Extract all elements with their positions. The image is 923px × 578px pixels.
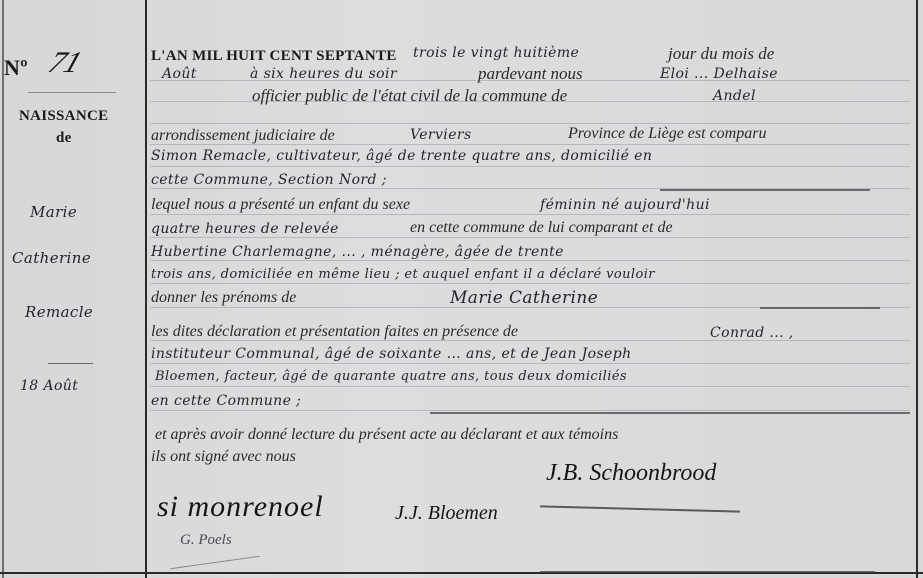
register-page: Nº 71 NAISSANCE de Marie Catherine Remac… [0, 0, 923, 578]
rule-line [150, 123, 910, 124]
margin-child-name-1: Marie [30, 203, 77, 221]
declarant-details: Simon Remacle, cultivateur, âgé de trent… [151, 148, 652, 164]
fill-line [760, 307, 880, 309]
witness-1-details: instituteur Communal, âgé de soixante ..… [151, 346, 632, 362]
year-preamble: L'AN MIL HUIT CENT SEPTANTE [151, 48, 397, 65]
given-names-value: Marie Catherine [450, 288, 598, 308]
rule-line [150, 283, 910, 284]
birth-time: quatre heures de relevée [151, 221, 339, 237]
rule-line [150, 237, 910, 238]
province-label: Province de Liège est comparu [568, 125, 766, 143]
witness-1-name: Conrad ... , [710, 325, 794, 341]
month-label: jour du mois de [668, 44, 774, 64]
margin-date: 18 Août [20, 378, 78, 394]
margin-dash [48, 363, 93, 364]
number-label: Nº [4, 55, 28, 81]
witness-2-signature: G. Poels [180, 532, 232, 549]
arrondissement-value: Verviers [410, 127, 472, 143]
rule-line [150, 166, 910, 167]
fill-line [28, 92, 116, 93]
mother-details: Hubertine Charlemagne, ... , ménagère, â… [151, 244, 564, 260]
month-value: Août [162, 66, 197, 82]
section-de: de [56, 130, 72, 147]
fill-line [540, 571, 875, 573]
section-title: NAISSANCE [19, 108, 108, 125]
commune-value: Andel [713, 88, 756, 104]
right-border [916, 0, 918, 578]
margin-divider [145, 0, 147, 578]
fill-line [660, 189, 870, 191]
time-value: à six heures du soir [250, 66, 397, 82]
witness-2-details: Bloemen, facteur, âgé de quarante quatre… [155, 369, 627, 384]
margin-child-name-2: Catherine [12, 249, 91, 267]
officer-signature: J.B. Schoonbrood [546, 460, 716, 487]
year-day: trois le vingt huitième [413, 45, 579, 61]
rule-line [150, 214, 910, 215]
witness-2-flourish [170, 556, 259, 570]
officer-label: officier public de l'état civil de la co… [252, 86, 567, 106]
declarant-signature: si monrenoel [157, 490, 324, 524]
commune-birth-label: en cette commune de lui comparant et de [410, 219, 673, 237]
reading-clause: et après avoir donné lecture du présent … [155, 426, 618, 444]
pardevant-label: pardevant nous [478, 64, 583, 84]
entry-number: 71 [44, 46, 86, 80]
presentation-label: lequel nous a présenté un enfant du sexe [151, 196, 410, 214]
rule-line [150, 386, 910, 387]
given-names-label: donner les prénoms de [151, 289, 296, 307]
rule-line [150, 260, 910, 261]
witness-1-signature: J.J. Bloemen [395, 502, 498, 525]
fill-line [430, 412, 910, 414]
rule-line [150, 363, 910, 364]
sex-and-birth: féminin né aujourd'hui [540, 197, 710, 213]
rule-line [150, 410, 910, 411]
officer-name: Eloi ... Delhaise [660, 66, 778, 82]
witnesses-residence: en cette Commune ; [151, 393, 301, 409]
mother-residence: trois ans, domiciliée en même lieu ; et … [151, 267, 655, 282]
left-border [2, 0, 4, 578]
witness-presence-label: les dites déclaration et présentation fa… [151, 323, 518, 341]
arrondissement-label: arrondissement judiciaire de [151, 127, 335, 145]
declarant-residence: cette Commune, Section Nord ; [151, 172, 387, 188]
signed-clause: ils ont signé avec nous [151, 448, 296, 466]
officer-flourish [540, 505, 740, 512]
margin-child-surname: Remacle [25, 303, 93, 321]
